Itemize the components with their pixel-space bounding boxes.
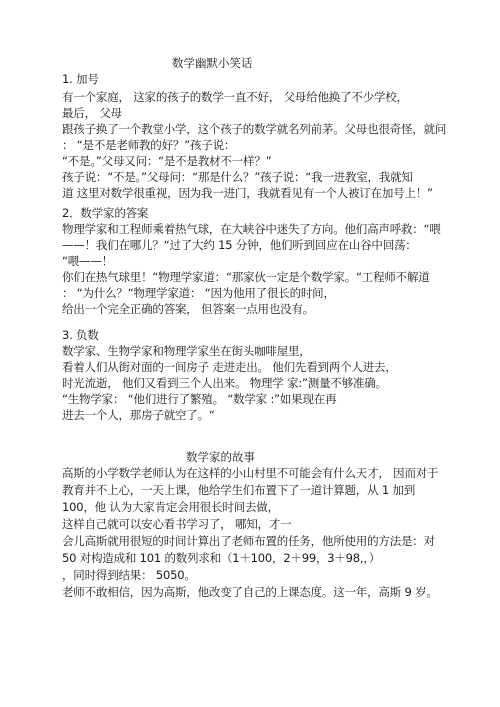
joke2-line: ——！我们在哪儿？“过了大约 15 分钟，他们听到回应在山谷中回荡：: [62, 238, 417, 252]
joke1-line: 道 这里对数学很重视，因为我一进门，我就看见有一个人被订在加号上！”: [62, 186, 433, 200]
joke2-heading: 2．数学家的答案: [62, 206, 148, 220]
joke3-line: “生物学家： “他们进行了繁殖。 “数学家 :”如果现在再: [62, 392, 336, 406]
joke1-line: 有一个家庭， 这家的孩子的数学一直不好， 父母给他换了不少学校，: [62, 90, 408, 104]
story-line: ，同时得到结果： 5050。: [62, 568, 196, 582]
joke1-heading: 1. 加号: [62, 72, 99, 86]
joke1-line: 跟孩子换了一个教堂小学，这个孩子的数学就名列前茅。父母也很奇怪，就问: [62, 122, 446, 136]
story-line: 这样自己就可以安心看书学习了， 哪知，才一: [62, 517, 291, 531]
joke2-line: “喂——！: [62, 254, 113, 268]
joke3-line: 数学家、生物学家和物理学家坐在街头咖啡屋里，: [62, 344, 311, 358]
joke1-line: 孩子说：“不是。”父母问：“那是什么？”孩子说：“我一进教室，我就知: [62, 170, 413, 184]
section1-title: 数学幽默小笑话: [172, 56, 253, 70]
story-line: 高斯的小学数学老师认为在这样的小山村里不可能会有什么天才， 因而对于: [62, 466, 438, 480]
joke3-heading: 3. 负数: [62, 328, 99, 342]
joke1-line: 最后， 父母: [62, 106, 122, 120]
joke2-line: ： “为什么？“物理学家道： “因为他用了很长的时间，: [62, 286, 335, 300]
story-line: 100，他 认为大家肯定会用很长时间去做，: [62, 500, 279, 514]
joke3-line: 时光流逝， 他们又看到三个人出来。 物理学 家:”测量不够准确。: [62, 376, 387, 390]
joke1-line: “不是。”父母又问：“是不是教材不一样？”: [62, 154, 271, 168]
joke2-line: 物理学家和工程师乘着热气球，在大峡谷中迷失了方向。他们高声呼救：“喂: [62, 222, 441, 236]
joke2-line: 给出一个完全正确的答案， 但答案一点用也没有。: [62, 302, 314, 316]
joke3-line: 进去一个人，那房子就空了。“: [62, 408, 215, 422]
story-line: 教育并不上心，一天上课，他给学生们布置下了一道计算题，从 1 加到: [62, 483, 415, 497]
joke1-line: ： “是不是老师教的好？”孩子说：: [62, 138, 235, 152]
joke2-line: 你们在热气球里！“物理学家道：“那家伙一定是个数学家。“工程师不解道: [62, 270, 430, 284]
story-line: 老师不敢相信，因为高斯，他改变了自己的上课态度。这一年，高斯 9 岁。: [62, 585, 438, 599]
joke3-line: 看着人们从街对面的一间房子 走进走出。 他们先看到两个人进去，: [62, 360, 397, 374]
section2-title: 数学家的故事: [186, 450, 255, 464]
story-line: 50 对构造成和 101 的数列求和（1＋100，2＋99，3＋98,，）: [62, 551, 380, 565]
story-line: 会儿高斯就用很短的时间计算出了老师布置的任务，他所使用的方法是：对: [62, 534, 435, 548]
